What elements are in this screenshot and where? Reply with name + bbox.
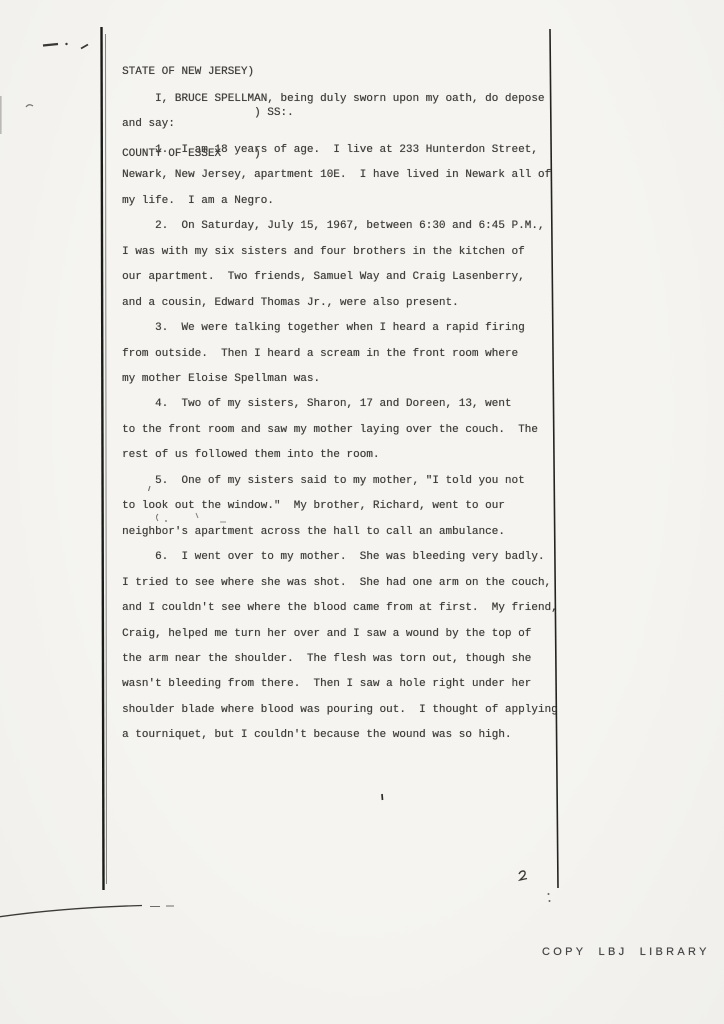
document-line: 2. On Saturday, July 15, 1967, between 6… xyxy=(122,214,558,239)
document-line: wasn't bleeding from there. Then I saw a… xyxy=(122,672,558,697)
document-line: and a cousin, Edward Thomas Jr., were al… xyxy=(122,291,558,316)
document-line: and say: xyxy=(122,112,558,137)
document-line: I, BRUCE SPELLMAN, being duly sworn upon… xyxy=(122,87,558,112)
pen-tick-mark xyxy=(81,45,88,49)
pen-tilde-mark xyxy=(26,105,33,107)
scanned-affidavit-page: STATE OF NEW JERSEY) ) SS:. COUNTY OF ES… xyxy=(0,0,724,1024)
document-line: to look out the window." My brother, Ric… xyxy=(122,494,558,519)
left-edge-streak xyxy=(0,96,2,134)
document-line: 5. One of my sisters said to my mother, … xyxy=(122,469,558,494)
document-line: a tourniquet, but I couldn't because the… xyxy=(122,723,558,748)
document-line: to the front room and saw my mother layi… xyxy=(122,418,558,443)
document-line: shoulder blade where blood was pouring o… xyxy=(122,698,558,723)
document-line: my life. I am a Negro. xyxy=(122,189,558,214)
document-line: I was with my six sisters and four broth… xyxy=(122,240,558,265)
pen-dot-mark xyxy=(65,43,67,45)
document-line: my mother Eloise Spellman was. xyxy=(122,367,558,392)
document-line: 3. We were talking together when I heard… xyxy=(122,316,558,341)
document-line: the arm near the shoulder. The flesh was… xyxy=(122,647,558,672)
document-line: our apartment. Two friends, Samuel Way a… xyxy=(122,265,558,290)
document-line: neighbor's apartment across the hall to … xyxy=(122,520,558,545)
left-rule-line xyxy=(102,27,104,890)
document-line: 4. Two of my sisters, Sharon, 17 and Dor… xyxy=(122,392,558,417)
document-line: Newark, New Jersey, apartment 10E. I hav… xyxy=(122,163,558,188)
affidavit-body: I, BRUCE SPELLMAN, being duly sworn upon… xyxy=(122,87,558,749)
squiggle-2-mark xyxy=(519,871,527,880)
document-line: from outside. Then I heard a scream in t… xyxy=(122,342,558,367)
document-line: Craig, helped me turn her over and I saw… xyxy=(122,622,558,647)
bottom-dash-artifacts xyxy=(150,906,174,907)
left-rule-companion-line xyxy=(106,34,107,884)
copy-lbj-library-stamp: COPY LBJ LIBRARY xyxy=(542,946,710,958)
bottom-curve-artifact xyxy=(0,906,142,918)
colon-dot-upper xyxy=(548,893,550,895)
pen-dash-mark xyxy=(43,44,58,46)
caption-state-line: STATE OF NEW JERSEY) xyxy=(122,66,294,80)
colon-dot-lower xyxy=(549,900,551,902)
document-line: 1. I am 18 years of age. I live at 233 H… xyxy=(122,138,558,163)
document-line: rest of us followed them into the room. xyxy=(122,443,558,468)
lower-tick-mark xyxy=(382,794,383,800)
document-line: I tried to see where she was shot. She h… xyxy=(122,571,558,596)
document-line: 6. I went over to my mother. She was ble… xyxy=(122,545,558,570)
document-line: and I couldn't see where the blood came … xyxy=(122,596,558,621)
